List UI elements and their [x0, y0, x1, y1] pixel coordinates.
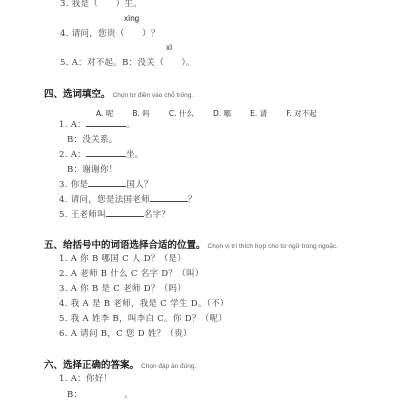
option-d: D. 哪	[213, 109, 231, 118]
section5-title: 五、给括号中的词语选择合适的位置。	[44, 240, 206, 251]
s5-item-2: 2. A 老师 B 什么 C 名字 D？（叫）	[59, 267, 204, 279]
s3-q3: 3. 我是（ ）生。	[60, 0, 142, 9]
s5-item-6: 6. A 请问 B，C 您 D 姓？（贵）	[59, 327, 192, 339]
s4-q3: 3. 你是国人？	[59, 178, 153, 190]
s5-item-4: 4. 我 A 是 B 老师，我是 C 学生 D。（不）	[59, 297, 229, 309]
option-a: A. 呢	[96, 109, 113, 118]
answer-blank[interactable]	[86, 148, 126, 157]
option-b: B. 吗	[132, 109, 149, 118]
s4-q4: 4. 请问，您是法国老师？	[59, 193, 197, 205]
s3-q5: 5. A：对不起。B：没关（ ）。	[60, 56, 195, 68]
section6-title: 六、选择正确的答案。	[44, 360, 139, 371]
s3-pinyin-xi: xì	[166, 43, 172, 52]
s6-q1a: 1. A：你好！	[59, 372, 112, 384]
s3-q4: 4. 请问，您贵（ ）？	[60, 27, 160, 39]
s3-pinyin-xing: xìng	[124, 14, 139, 23]
section5-header: 五、给括号中的词语选择合适的位置。Chọn vị trí thích hợp c…	[44, 233, 338, 252]
option-f: F. 对不起	[286, 109, 316, 118]
s4-q5: 5. 王老师叫名字？	[59, 208, 170, 220]
s4-q2b: B：谢谢你！	[67, 163, 118, 175]
s4-q1a: 1. A：。	[59, 118, 135, 130]
section6-subtitle: Chọn đáp án đúng.	[141, 363, 196, 370]
answer-blank[interactable]	[150, 193, 188, 202]
section5-subtitle: Chọn vị trí thích hợp cho từ ngữ trong n…	[208, 243, 338, 250]
option-c: C. 什么	[169, 109, 194, 118]
section4-title: 四、选词填空。	[44, 89, 111, 100]
answer-blank[interactable]	[86, 118, 126, 127]
s4-q1b: B：没关系。	[67, 133, 118, 145]
answer-blank[interactable]	[88, 178, 126, 187]
section4-subtitle: Chọn từ điền vào chỗ trống.	[113, 92, 194, 99]
section4-header: 四、选词填空。Chọn từ điền vào chỗ trống.	[44, 82, 193, 101]
answer-blank[interactable]	[106, 208, 144, 217]
option-e: E. 请	[250, 109, 267, 118]
section6-header: 六、选择正确的答案。Chọn đáp án đúng.	[44, 353, 196, 372]
s5-item-5: 5. 我 A 姓李 B，叫李白 C。你 D？（呢）	[59, 312, 227, 324]
s5-item-1: 1. A 你 B 哪国 C 人 D？（是）	[59, 252, 186, 264]
s4-q2a: 2. A：坐。	[59, 148, 144, 160]
s5-item-3: 3. A 你 B 是 C 老师 D？（吗）	[59, 282, 186, 294]
s6-q1b: B：。	[67, 388, 133, 400]
